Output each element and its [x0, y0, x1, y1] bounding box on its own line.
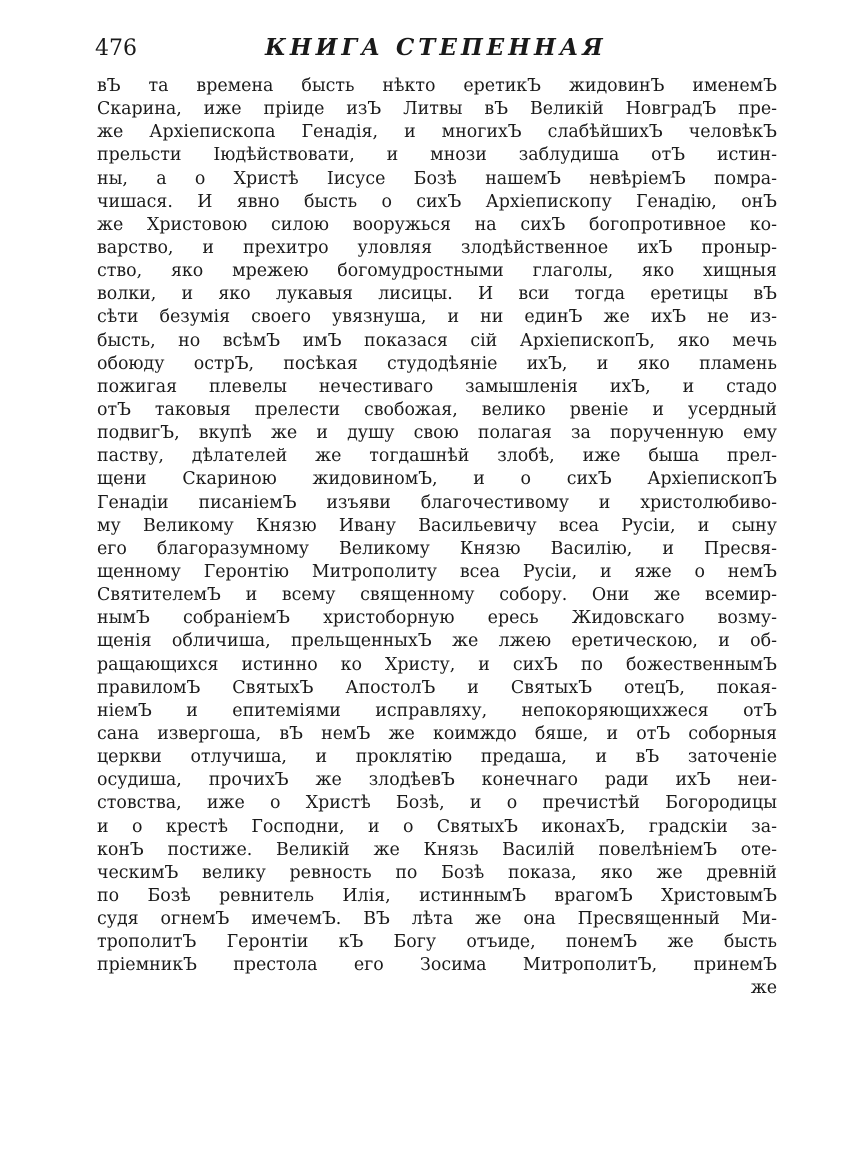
text-line: же Христовою силою вооружься на сихЪ бог… — [97, 214, 777, 237]
text-line: чишася. И явно бысть о сихЪ Архіепископу… — [97, 191, 777, 214]
text-line: СвятителемЪ и всему священному собору. О… — [97, 584, 777, 607]
text-line: трополитЪ Геронтіи кЪ Богу отъиде, понем… — [97, 931, 777, 954]
text-line: ческимЪ велику ревность по Бозѣ показа, … — [97, 862, 777, 885]
text-line: осудиша, прочихЪ же злодѣевЪ конечнаго р… — [97, 769, 777, 792]
body-text: вЪ та времена бысть нѣкто еретикЪ жидови… — [97, 75, 777, 1001]
text-line: сѣти безумія своего увязнуша, и ни единЪ… — [97, 306, 777, 329]
text-line: же Архіепископа Генадія, и многихЪ слабѣ… — [97, 121, 777, 144]
text-line: пожигая плевелы нечестиваго замышленія и… — [97, 376, 777, 399]
text-line: нымЪ собраніемЪ христоборную ересь Жидов… — [97, 607, 777, 630]
text-line: ство, яко мрежею богомудростными глаголы… — [97, 260, 777, 283]
book-page: 476 КНИГА СТЕПЕННАЯ вЪ та времена бысть … — [0, 0, 854, 1150]
text-line: отЪ таковыя прелести свобожая, велико рв… — [97, 399, 777, 422]
text-line: церкви отлучиша, и проклятію предаша, и … — [97, 746, 777, 769]
text-line: правиломЪ СвятыхЪ АпостолЪ и СвятыхЪ оте… — [97, 677, 777, 700]
text-line: вЪ та времена бысть нѣкто еретикЪ жидови… — [97, 75, 777, 98]
text-line: конЪ постиже. Великій же Князь Василій п… — [97, 839, 777, 862]
text-line: ращающихся истинно ко Христу, и сихЪ по … — [97, 654, 777, 677]
text-line: подвигЪ, вкупѣ же и душу свою полагая за… — [97, 422, 777, 445]
text-line: щенія обличиша, прельщенныхЪ же лжею ере… — [97, 630, 777, 653]
text-line: волки, и яко лукавыя лисицы. И вси тогда… — [97, 283, 777, 306]
text-line: обоюду острЪ, посѣкая студодѣяніе ихЪ, и… — [97, 353, 777, 376]
page-header: 476 КНИГА СТЕПЕННАЯ — [95, 30, 785, 64]
text-line: по Бозѣ ревнитель Илія, истиннымЪ врагом… — [97, 885, 777, 908]
catchword: же — [97, 977, 777, 1000]
text-line: стовства, иже о Христѣ Бозѣ, и о пречист… — [97, 792, 777, 815]
text-line: паству, дѣлателей же тогдашнѣй злобѣ, иж… — [97, 445, 777, 468]
text-line: щенному Геронтію Митрополиту всеа Русіи,… — [97, 561, 777, 584]
text-line: варство, и прехитро уловляя злодѣйственн… — [97, 237, 777, 260]
text-line: Генадіи писаніемЪ изъяви благочестивому … — [97, 492, 777, 515]
page-number: 476 — [95, 36, 137, 61]
text-line: прельсти Іюдѣйствовати, и мнози заблудиш… — [97, 144, 777, 167]
text-line: щени Скариною жидовиномЪ, и о сихЪ Архіе… — [97, 468, 777, 491]
text-line: и о крестѣ Господни, и о СвятыхЪ иконахЪ… — [97, 816, 777, 839]
text-line: му Великому Князю Ивану Васильевичу всеа… — [97, 515, 777, 538]
text-line: бысть, но всѣмЪ имЪ показася сій Архіепи… — [97, 330, 777, 353]
text-line: ніемЪ и епитеміями исправляху, непокоряю… — [97, 700, 777, 723]
text-line: пріемникЪ престола его Зосима Митрополит… — [97, 954, 777, 977]
text-line: сана извергоша, вЪ немЪ же коимждо бяше,… — [97, 723, 777, 746]
running-title: КНИГА СТЕПЕННАЯ — [265, 34, 607, 61]
text-line: судя огнемЪ имечемЪ. ВЪ лѣта же она Прес… — [97, 908, 777, 931]
text-line: его благоразумному Великому Князю Василі… — [97, 538, 777, 561]
text-line: ны, а о Христѣ Іисусе Бозѣ нашемЪ невѣрі… — [97, 168, 777, 191]
text-line: Скарина, иже пріиде изЪ Литвы вЪ Великій… — [97, 98, 777, 121]
